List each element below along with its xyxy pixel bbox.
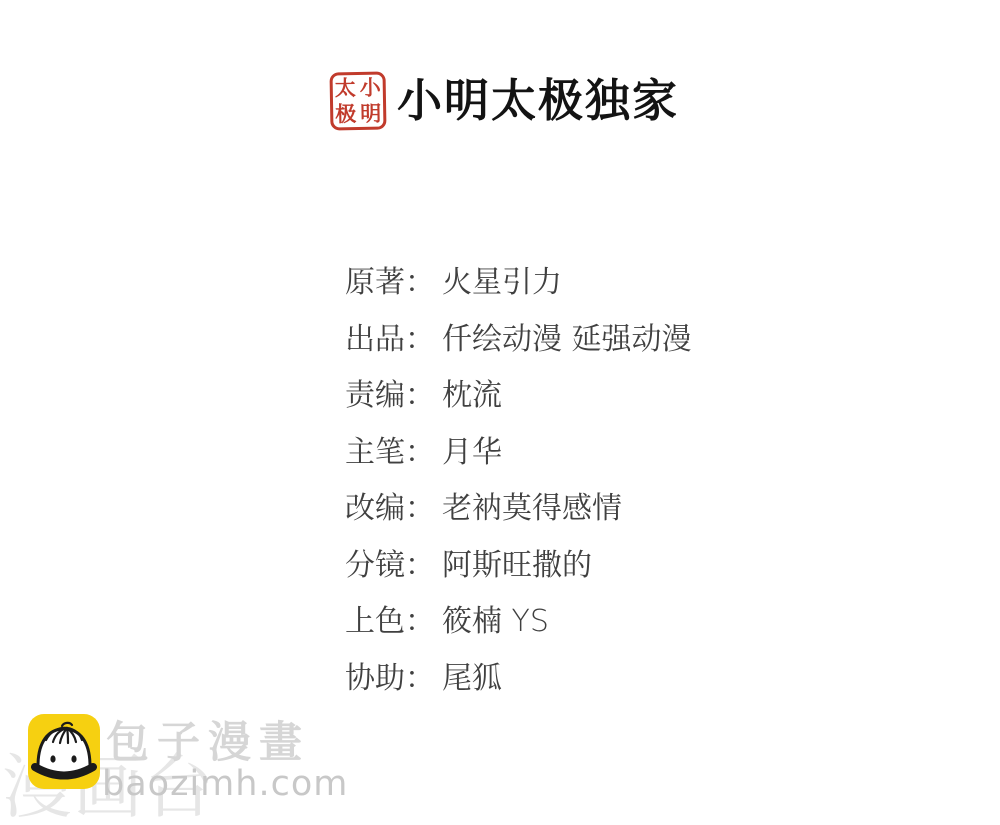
credit-value: 枕流 [442,381,502,411]
credit-label: 出品： [345,325,442,355]
seal-char: 小 [360,77,381,98]
credits-list: 原著： 火星引力 出品： 仟绘动漫 延强动漫 责编： 枕流 主笔： 月华 改编：… [345,255,692,707]
seal-char: 明 [360,103,381,124]
page-title: 小明太极独家 [397,72,679,130]
credit-label: 协助： [345,664,442,694]
credit-label: 责编： [345,381,442,411]
credit-label: 原著： [345,268,442,298]
credit-label: 改编： [345,494,442,524]
credit-row-original-author: 原著： 火星引力 [345,255,692,312]
comic-credits-page: 太 小 极 明 小明太极独家 原著： 火星引力 出品： 仟绘动漫 延强动漫 责编… [0,0,1000,825]
credit-label: 主笔： [345,438,442,468]
credit-row-coloring: 上色： 筱楠 YS [345,594,692,651]
seal-char: 极 [335,104,356,125]
title-block: 太 小 极 明 小明太极独家 [330,72,679,130]
credit-value: 阿斯旺撒的 [442,551,592,581]
brand-name: 包子漫畫 [106,722,310,765]
taiji-seal-stamp-icon: 太 小 极 明 [329,72,386,131]
credit-row-assistance: 协助： 尾狐 [345,651,692,708]
credit-row-lead-artist: 主笔： 月华 [345,425,692,482]
credit-value: 尾狐 [442,664,502,694]
credit-value: 仟绘动漫 延强动漫 [442,325,692,355]
credit-value: 火星引力 [442,268,562,298]
credit-row-adaptation: 改编： 老衲莫得感情 [345,481,692,538]
credit-row-editor: 责编： 枕流 [345,368,692,425]
credit-value: 筱楠 YS [442,607,549,637]
credit-label: 分镜： [345,551,442,581]
baozi-bun-logo-icon [28,714,100,789]
seal-char: 太 [335,78,356,99]
credit-row-producer: 出品： 仟绘动漫 延强动漫 [345,312,692,369]
credit-row-storyboard: 分镜： 阿斯旺撒的 [345,538,692,595]
site-url: baozimh.com [102,767,348,802]
credit-label: 上色： [345,607,442,637]
credit-value: 月华 [442,438,502,468]
credit-value: 老衲莫得感情 [442,494,622,524]
